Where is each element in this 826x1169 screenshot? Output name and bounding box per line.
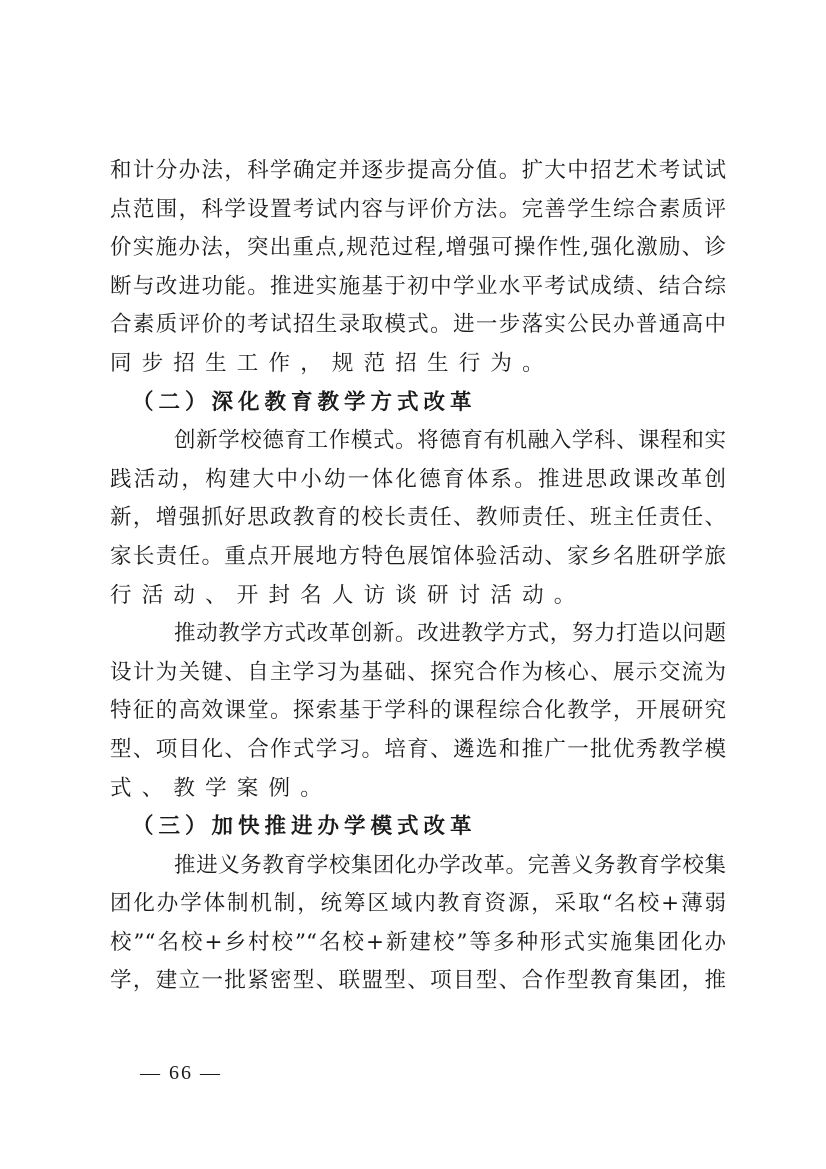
body-line: 团化办学体制机制，统筹区域内教育资源，采取“名校+薄弱	[110, 885, 726, 924]
body-line: 新，增强抓好思政教育的校长责任、教师责任、班主任责任、	[110, 499, 726, 538]
paragraph-first-line: 创新学校德育工作模式。将德育有机融入学科、课程和实	[110, 422, 726, 461]
body-line: 断与改进功能。推进实施基于初中学业水平考试成绩、结合综	[110, 268, 726, 307]
body-line: 行活动、开封名人访谈研讨活动。	[110, 577, 726, 616]
body-line: 价实施办法，突出重点,规范过程,增强可操作性,强化激励、诊	[110, 229, 726, 268]
section-heading: （二）深化教育教学方式改革	[110, 384, 726, 423]
paragraph-first-line: 推动教学方式改革创新。改进教学方式，努力打造以问题	[110, 615, 726, 654]
body-line: 践活动，构建大中小幼一体化德育体系。推进思政课改革创	[110, 461, 726, 500]
section-heading: （三）加快推进办学模式改革	[110, 808, 726, 847]
body-line: 同步招生工作，规范招生行为。	[110, 345, 726, 384]
body-line: 家长责任。重点开展地方特色展馆体验活动、家乡名胜研学旅	[110, 538, 726, 577]
paragraph-first-line: 推进义务教育学校集团化办学改革。完善义务教育学校集	[110, 847, 726, 886]
page-number: — 66 —	[140, 1062, 222, 1085]
document-page: 和计分办法，科学确定并逐步提高分值。扩大中招艺术考试试 点范围，科学设置考试内容…	[110, 152, 726, 1001]
body-line: 和计分办法，科学确定并逐步提高分值。扩大中招艺术考试试	[110, 152, 726, 191]
body-line: 设计为关键、自主学习为基础、探究合作为核心、展示交流为	[110, 654, 726, 693]
body-line: 式、教学案例。	[110, 770, 726, 809]
body-line: 点范围，科学设置考试内容与评价方法。完善学生综合素质评	[110, 191, 726, 230]
body-line: 特征的高效课堂。探索基于学科的课程综合化教学，开展研究	[110, 692, 726, 731]
body-line: 校”“名校+乡村校”“名校+新建校”等多种形式实施集团化办	[110, 924, 726, 963]
body-line: 学，建立一批紧密型、联盟型、项目型、合作型教育集团，推	[110, 962, 726, 1001]
body-line: 型、项目化、合作式学习。培育、遴选和推广一批优秀教学模	[110, 731, 726, 770]
body-line: 合素质评价的考试招生录取模式。进一步落实公民办普通高中	[110, 306, 726, 345]
